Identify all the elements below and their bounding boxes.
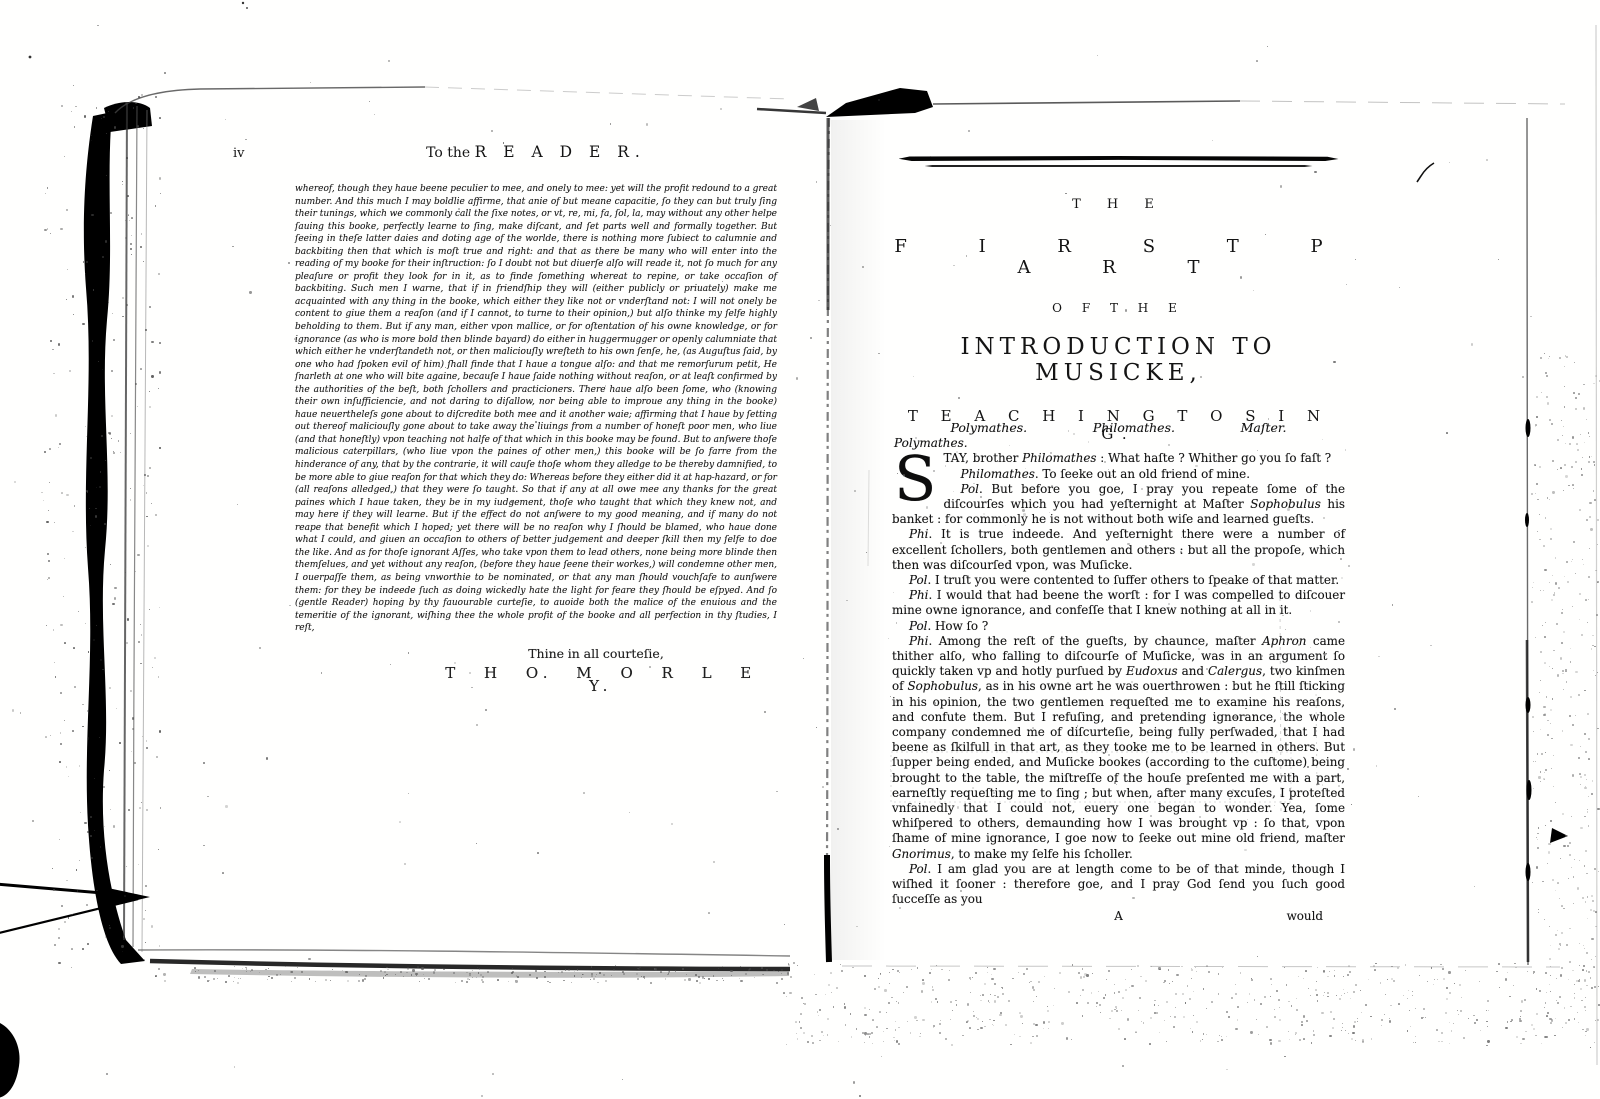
dialogue-paragraph: Pol. But before you goe, I pray you repe… bbox=[892, 482, 1345, 528]
title-line-the: T H E bbox=[892, 197, 1345, 212]
dialogue-body: S TAY, brother Philomathes : What haſte … bbox=[892, 451, 1345, 907]
title-rule-thin bbox=[925, 165, 1313, 167]
header-pre: To the bbox=[426, 145, 470, 161]
speaker-master: Maſter. bbox=[1241, 420, 1287, 435]
title-line-first-part: F I R S T P A R T bbox=[892, 236, 1345, 278]
gathering-signature: A bbox=[1114, 909, 1123, 924]
valediction: Thine in all courteſie, bbox=[415, 648, 777, 661]
first-speaker-label: Polymathes. bbox=[894, 436, 1345, 451]
dialogue-paragraph: Pol. I truſt you were contented to ſuffe… bbox=[892, 573, 1345, 588]
dialogue-paragraph: Phi. I would that had beene the worſt : … bbox=[892, 588, 1345, 618]
reader-epistle: whereof, though they haue beene peculier… bbox=[295, 183, 777, 692]
page-number: iv bbox=[233, 146, 245, 161]
gutter-shadow bbox=[831, 120, 886, 960]
scan-artifacts bbox=[0, 0, 1600, 1099]
dialogue-column: Polymathes. Philomathes. Maſter. Polymat… bbox=[892, 420, 1345, 925]
speaker-philomathes: Philomathes. bbox=[1093, 420, 1175, 435]
left-page-header: To the R E A D E R. bbox=[295, 143, 777, 161]
title-block: T H E F I R S T P A R T O F T H E INTROD… bbox=[892, 156, 1345, 443]
title-line-introduction: INTRODUCTION TO MUSICKE, bbox=[892, 334, 1345, 386]
dialogue-paragraph: Phi. It is true indeede. And yeſternight… bbox=[892, 527, 1345, 573]
title-line-of-the: O F T H E bbox=[892, 301, 1345, 315]
dialogue-paragraph: Philomathes. To ſeeke out an old friend … bbox=[892, 467, 1345, 482]
noise-layer bbox=[0, 0, 1600, 1099]
signature-line: A would bbox=[892, 909, 1345, 925]
dialogue-paragraph: TAY, brother Philomathes : What haſte ? … bbox=[892, 451, 1345, 466]
catchword: would bbox=[1287, 909, 1323, 924]
title-rule-thick bbox=[899, 156, 1339, 161]
author-signature: T H O. M O R L E Y. bbox=[425, 667, 777, 692]
epistle-text: whereof, though they haue beene peculier… bbox=[295, 184, 777, 633]
dialogue-paragraph: Pol. How ſo ? bbox=[892, 619, 1345, 634]
speaker-polymathes: Polymathes. bbox=[951, 420, 1028, 435]
header-title: R E A D E R. bbox=[475, 143, 646, 161]
drop-cap: S bbox=[892, 451, 943, 505]
dialogue-paragraph: Pol. I am glad you are at length come to… bbox=[892, 862, 1345, 908]
dialogue-paragraph: Phi. Among the reſt of the gueſts, by ch… bbox=[892, 634, 1345, 862]
book-scan-spread: iv To the R E A D E R. whereof, though t… bbox=[0, 0, 1600, 1099]
speakers-heading: Polymathes. Philomathes. Maſter. bbox=[951, 420, 1287, 435]
